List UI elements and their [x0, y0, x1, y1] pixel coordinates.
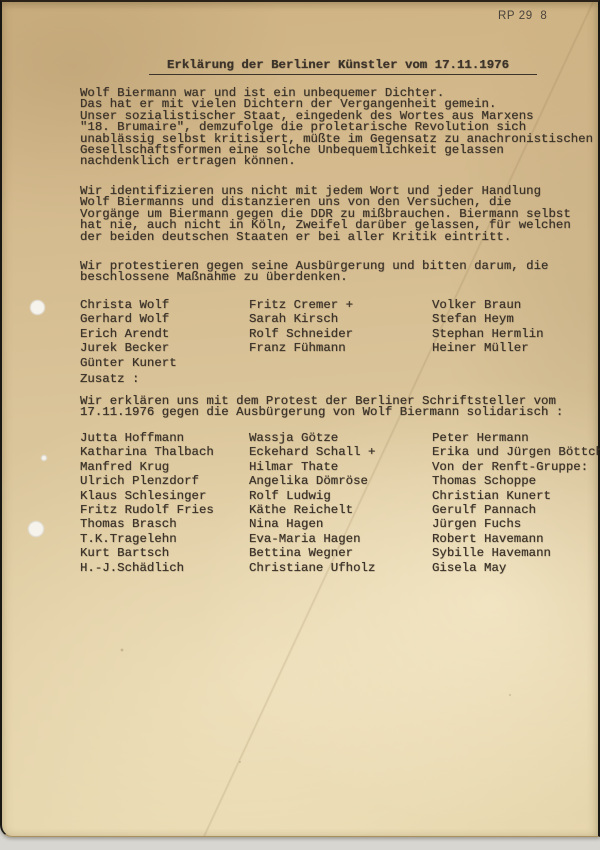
signatories-block1-col2: Fritz Cremer + Sarah Kirsch Rolf Schneid… [249, 298, 353, 356]
paragraph-zusatz: Wir erklären uns mit dem Protest der Ber… [80, 396, 563, 419]
paragraph-protest: Wir protestieren gegen seine Ausbürgerun… [80, 261, 548, 284]
document-title: Erklärung der Berliner Künstler vom 17.1… [149, 58, 537, 75]
paragraph-intro: Wolf Biermann war und ist ein unbequemer… [80, 88, 593, 168]
archive-stamp: RP 29 8 [498, 10, 547, 22]
signatories-block1-col3: Volker Braun Stefan Heym Stephan Hermlin… [432, 298, 544, 356]
document-page: RP 29 8 Erklärung der Berliner Künstler … [0, 0, 600, 837]
paragraph-distance: Wir identifizieren uns nicht mit jedem W… [80, 186, 571, 243]
paper-speck-icon [41, 455, 47, 461]
zusatz-heading: Zusatz : [80, 374, 140, 385]
punch-hole-bottom-icon [28, 521, 44, 537]
signatories-block2-col3: Peter Hermann Erika und Jürgen Böttch Vo… [432, 431, 600, 575]
signatories-block2-col1: Jutta Hoffmann Katharina Thalbach Manfre… [80, 431, 214, 575]
signatories-block1-col1: Christa Wolf Gerhard Wolf Erich Arendt J… [80, 298, 177, 370]
punch-hole-top-icon [30, 300, 45, 315]
signatories-block2-col2: Wassja Götze Eckehard Schall + Hilmar Th… [249, 431, 375, 575]
